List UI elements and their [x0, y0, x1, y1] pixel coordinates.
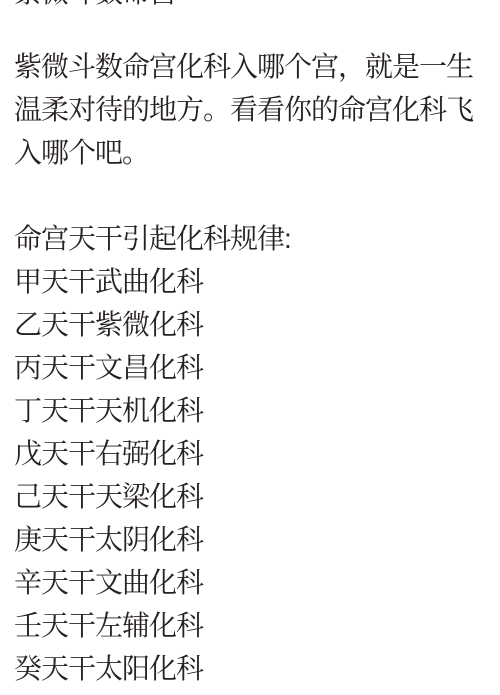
- intro-line: 入哪个吧。: [14, 131, 500, 174]
- rule-item-wu: 戊天干右弼化科: [14, 432, 500, 475]
- rule-item-ren: 壬天干左辅化科: [14, 604, 500, 647]
- rule-item-yi: 乙天干紫微化科: [14, 303, 500, 346]
- rules-list: 甲天干武曲化科 乙天干紫微化科 丙天干文昌化科 丁天干天机化科 戊天干右弼化科 …: [14, 260, 500, 690]
- clipped-previous-line: 紫微斗数命宫: [14, 0, 176, 8]
- rules-heading: 命宫天干引起化科规律:: [14, 217, 500, 260]
- rule-item-bing: 丙天干文昌化科: [14, 346, 500, 389]
- rule-item-gui: 癸天干太阳化科: [14, 647, 500, 690]
- intro-line: 紫微斗数命宫化科入哪个宫，就是一生: [14, 45, 500, 88]
- rule-item-xin: 辛天干文曲化科: [14, 561, 500, 604]
- article-body: 紫微斗数命宫化科入哪个宫，就是一生 温柔对待的地方。看看你的命宫化科飞 入哪个吧…: [14, 45, 500, 690]
- rule-item-ding: 丁天干天机化科: [14, 389, 500, 432]
- rule-item-jia: 甲天干武曲化科: [14, 260, 500, 303]
- intro-line: 温柔对待的地方。看看你的命宫化科飞: [14, 88, 500, 131]
- clipped-previous-line-text: 紫微斗数命宫: [14, 0, 176, 7]
- rule-item-ji: 己天干天梁化科: [14, 475, 500, 518]
- intro-paragraph: 紫微斗数命宫化科入哪个宫，就是一生 温柔对待的地方。看看你的命宫化科飞 入哪个吧…: [14, 45, 500, 174]
- article-page: 紫微斗数命宫 紫微斗数命宫化科入哪个宫，就是一生 温柔对待的地方。看看你的命宫化…: [0, 0, 500, 695]
- rule-item-geng: 庚天干太阴化科: [14, 518, 500, 561]
